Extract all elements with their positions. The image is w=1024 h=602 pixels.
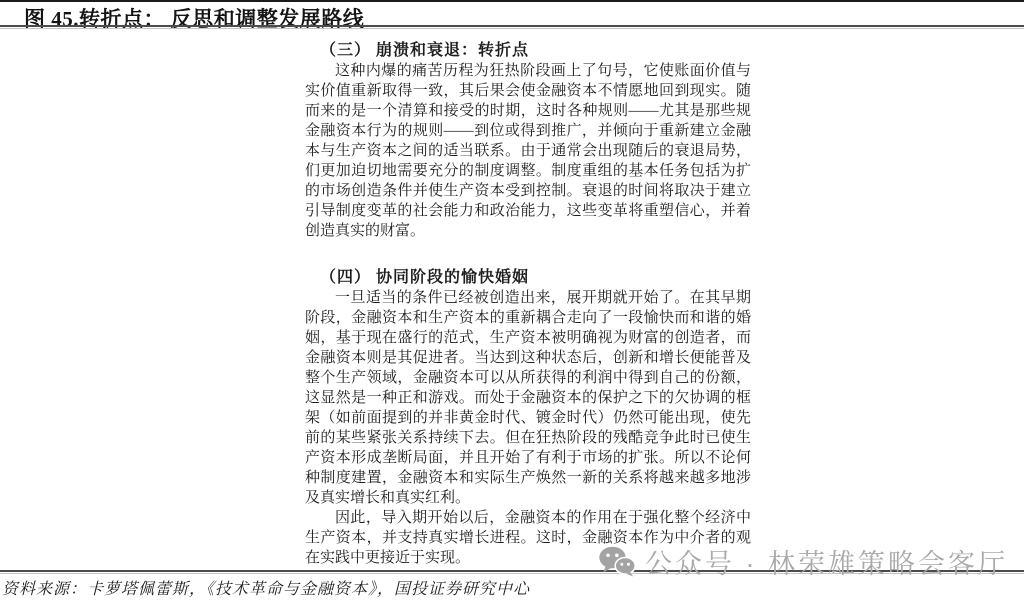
wechat-watermark: 公众号 · 林荣雄策略会客厅 xyxy=(599,542,1008,581)
text-line: 引导制度变革的社会能力和政治能力，这些变革将重塑信心，并着重 xyxy=(305,201,751,221)
text-line: 的市场创造条件并使生产资本受到控制。衰退的时间将取决于建立和 xyxy=(305,181,751,201)
text-line: 这种内爆的痛苦历程为狂热阶段画上了句号，它使账面价值与真 xyxy=(305,61,751,81)
scanned-text-block: （三） 崩溃和衰退：转折点 这种内爆的痛苦历程为狂热阶段画上了句号，它使账面价值… xyxy=(305,40,751,568)
text-line: 因此，导入期开始以后，金融资本的作用在于强化整个经济中的 xyxy=(305,508,751,528)
text-line: 前的某些紧张关系持续下去。但在狂热阶段的残酷竞争此时已使生 xyxy=(305,428,751,448)
text-line: 阶段，金融资本和生产资本的重新耦合走向了一段愉快而和谐的婚 xyxy=(305,308,751,328)
text-line: 金融资本则是其促进者。当达到这种状态后，创新和增长便能普及 xyxy=(305,348,751,368)
text-line: 姻，基于现在盛行的范式，生产资本被明确视为财富的创造者，而 xyxy=(305,328,751,348)
wechat-icon xyxy=(599,546,636,577)
text-line: 整个生产领域，金融资本可以从所获得的利润中得到自己的份额， xyxy=(305,368,751,388)
text-line: 本与生产资本之间的适当联系。由于通常会出现随后的衰退局势，人 xyxy=(305,141,751,161)
text-line: 及真实增长和真实红利。 xyxy=(305,488,751,508)
title-divider xyxy=(0,25,1024,29)
section-4-paragraph-1: 一旦适当的条件已经被创造出来，展开期就开始了。在其早期 阶段，金融资本和生产资本… xyxy=(305,288,751,508)
text-line: 产资本形成垄断局面，并且开始了有利于市场的扩张。所以不论何 xyxy=(305,448,751,468)
text-line: 种制度建置，金融资本和实际生产焕然一新的关系将越来越多地涉 xyxy=(305,468,751,488)
source-note: 资料来源：卡萝塔佩蕾斯，《技术革命与金融资本》，国投证券研究中心 xyxy=(2,576,530,599)
watermark-label: 公众号 · 林荣雄策略会客厅 xyxy=(645,542,1008,581)
top-border-rule xyxy=(0,0,1024,2)
section-3-paragraph: 这种内爆的痛苦历程为狂热阶段画上了句号，它使账面价值与真 实价值重新取得一致，其… xyxy=(305,61,751,241)
text-line: 创造真实的财富。 xyxy=(305,221,751,241)
text-line: 金融资本行为的规则——到位或得到推广，并倾向于重新建立金融资 xyxy=(305,121,751,141)
section-3-heading: （三） 崩溃和衰退：转折点 xyxy=(320,40,751,61)
text-line: 而来的是一个清算和接受的时期，这时各种规则——尤其是那些规范 xyxy=(305,101,751,121)
title-divider-dark-line xyxy=(0,25,1024,27)
title-divider-light-line xyxy=(0,28,1024,29)
text-line: 架（如前面提到的并非黄金时代、镀金时代）仍然可能出现，使先 xyxy=(305,408,751,428)
text-line: 这显然是一种正和游戏。而处于金融资本的保护之下的欠协调的框 xyxy=(305,388,751,408)
text-line: 一旦适当的条件已经被创造出来，展开期就开始了。在其早期 xyxy=(305,288,751,308)
section-4-heading: （四） 协同阶段的愉快婚姻 xyxy=(320,267,751,288)
text-line: 实价值重新取得一致，其后果会使金融资本不情愿地回到现实。随之 xyxy=(305,81,751,101)
text-line: 们更加迫切地需要充分的制度调整。制度重组的基本任务包括为扩张 xyxy=(305,161,751,181)
